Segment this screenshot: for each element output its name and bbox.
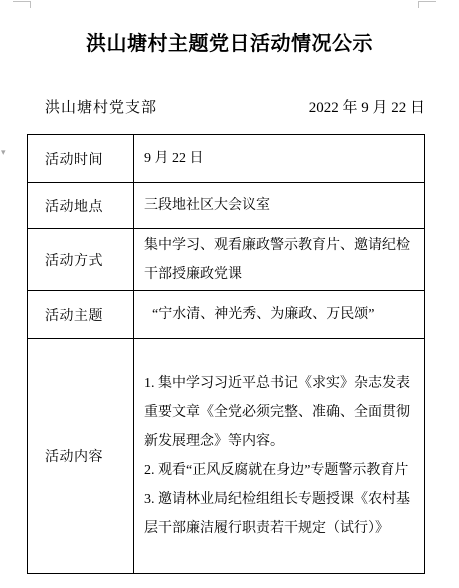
row-value-method: 集中学习、观看廉政警示教育片、邀请纪检干部授廉政党课 [134, 229, 425, 291]
table-row-content: 活动内容 1. 集中学习习近平总书记《求实》杂志发表重要文章《全党必须完整、准确… [28, 339, 425, 574]
table-row-time: 活动时间 9 月 22 日 [28, 135, 425, 183]
table-row-place: 活动地点 三段地社区大会议室 [28, 183, 425, 229]
publish-date: 2022 年 9 月 22 日 [309, 97, 425, 119]
page-title: 洪山塘村主题党日活动情况公示 [27, 30, 432, 59]
row-label-theme: 活动主题 [28, 291, 134, 339]
margin-marker-icon: ▾ [1, 149, 6, 158]
crop-mark-top-right-icon [418, 1, 436, 8]
table-row-theme: 活动主题 “宁水清、神光秀、为廉政、万民颂” [28, 291, 425, 339]
content-item-1: 1. 集中学习习近平总书记《求实》杂志发表重要文章《全党必须完整、准确、全面贯彻… [144, 369, 420, 456]
row-value-place: 三段地社区大会议室 [134, 183, 425, 229]
row-label-method: 活动方式 [28, 229, 134, 291]
row-value-time: 9 月 22 日 [134, 135, 425, 183]
row-label-time: 活动时间 [28, 135, 134, 183]
row-value-theme: “宁水清、神光秀、为廉政、万民颂” [134, 291, 425, 339]
content-item-2: 2. 观看“正风反腐就在身边”专题警示教育片 [144, 456, 420, 485]
row-label-place: 活动地点 [28, 183, 134, 229]
activity-table: 活动时间 9 月 22 日 活动地点 三段地社区大会议室 活动方式 集中学习、观… [27, 134, 425, 574]
organization-name: 洪山塘村党支部 [45, 97, 157, 119]
row-value-content: 1. 集中学习习近平总书记《求实》杂志发表重要文章《全党必须完整、准确、全面贯彻… [134, 339, 425, 574]
crop-mark-top-left-icon [13, 1, 31, 8]
content-item-3: 3. 邀请林业局纪检组组长专题授课《农村基层干部廉洁履行职责若干规定（试行）》 [144, 485, 420, 543]
document-page: ▾ 洪山塘村主题党日活动情况公示 洪山塘村党支部 2022 年 9 月 22 日… [0, 0, 459, 588]
row-label-content: 活动内容 [28, 339, 134, 574]
table-row-method: 活动方式 集中学习、观看廉政警示教育片、邀请纪检干部授廉政党课 [28, 229, 425, 291]
byline: 洪山塘村党支部 2022 年 9 月 22 日 [45, 97, 425, 119]
